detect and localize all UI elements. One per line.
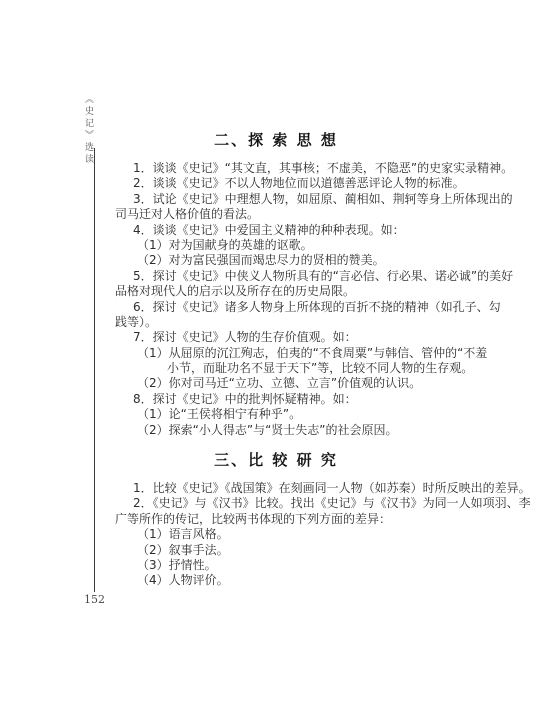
text-line: 3．试论《史记》中理想人物，如屈原、蔺相如、荆轲等身上所体现出的 [115,192,437,207]
text-line: 1．谈谈《史记》“其文直，其事核；不虚美，不隐恶”的史家实录精神。 [115,161,437,176]
text-line: （2）你对司马迁“立功、立德、立言”价值观的认识。 [115,376,437,391]
text-line: 广等所作的传记，比较两书体现的下列方面的差异： [115,512,437,527]
text-line: （1）对为国献身的英雄的讴歌。 [115,238,437,253]
text-line: 2．谈谈《史记》不以人物地位而以道德善恶评论人物的标准。 [115,176,437,191]
text-line: 小节，而耻功名不显于天下”等，比较不同人物的生存观。 [115,361,437,376]
page-number: 152 [84,593,105,606]
text-line: （1）论“王侯将相宁有种乎”。 [115,407,437,422]
text-line: （2）探索“小人得志”与“贤士失志”的社会原因。 [115,423,437,438]
text-line: 品格对现代人的启示以及所存在的历史局限。 [115,284,437,299]
book-page: 《史记》选读 152 二、探 索 思 想 1．谈谈《史记》“其文直，其事核；不虚… [0,0,550,711]
text-line: 6．探讨《史记》诸多人物身上所体现的百折不挠的精神（如孔子、勾 [115,300,437,315]
section-heading-explore-thoughts: 二、探 索 思 想 [115,132,437,149]
section-heading-comparative-research: 三、比 较 研 究 [115,452,437,469]
text-line: 4．谈谈《史记》中爱国主义精神的种种表现。如： [115,223,437,238]
text-line: （2）叙事手法。 [115,543,437,558]
margin-rule [94,148,95,592]
text-line: （1）从屈原的沉江殉志，伯夷的“不食周粟”与韩信、管仲的“不羞 [115,346,437,361]
text-line: 7．探讨《史记》人物的生存价值观。如： [115,330,437,345]
text-line: （2）对为富民强国而竭忠尽力的贤相的赞美。 [115,253,437,268]
text-line: （4）人物评价。 [115,573,437,588]
text-line: 司马迁对人格价值的看法。 [115,207,437,222]
text-line: （3）抒情性。 [115,558,437,573]
text-line: 8．探讨《史记》中的批判怀疑精神。如： [115,392,437,407]
text-line: 1．比较《史记》《战国策》在刻画同一人物（如苏秦）时所反映出的差异。 [115,481,437,496]
text-line: 2．《史记》与《汉书》比较。找出《史记》与《汉书》为同一人如项羽、李 [115,496,437,511]
text-line: 践等）。 [115,315,437,330]
text-line: （1）语言风格。 [115,527,437,542]
text-line: 5．探讨《史记》中侠义人物所具有的“言必信、行必果、诺必诚”的美好 [115,269,437,284]
content-area: 二、探 索 思 想 1．谈谈《史记》“其文直，其事核；不虚美，不隐恶”的史家实录… [115,132,437,589]
